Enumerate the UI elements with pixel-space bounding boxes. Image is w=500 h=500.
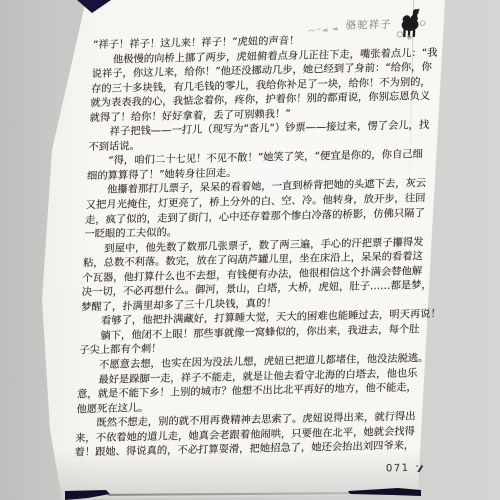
pen-mark-icon [416, 464, 424, 473]
page-footer: 071 [386, 463, 424, 475]
body-text: “祥子！祥子！这儿来！祥子！”虎妞的声音！ 他极慢的向桥上挪了两步，虎妞俯着点身… [74, 30, 453, 460]
printed-content: 骆驼祥子 “祥子！祥子！这儿来！祥子！”虎妞的声音！ 他极慢的向桥上挪了两步，虎… [0, 0, 500, 500]
page-number: 071 [386, 463, 410, 474]
photo-backdrop: 骆驼祥子 “祥子！祥子！这儿来！祥子！”虎妞的声音！ 他极慢的向桥上挪了两步，虎… [0, 0, 500, 500]
book-title: 骆驼祥子 [345, 16, 392, 32]
